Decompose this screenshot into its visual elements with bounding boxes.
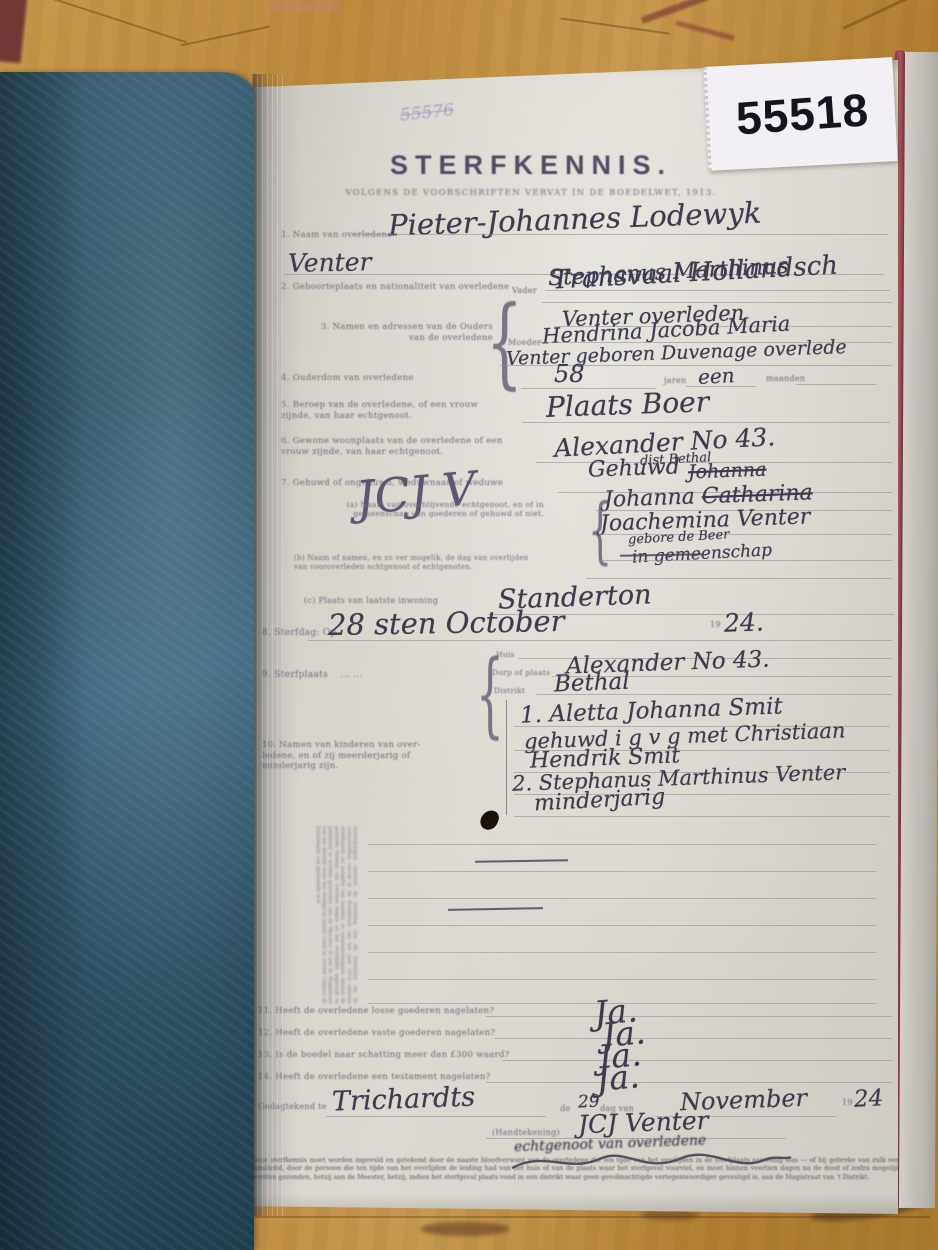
field-label-woonplaats: 6. Gewone woonplaats van de overledene o… xyxy=(281,436,503,457)
blank-rule xyxy=(368,952,876,953)
rule-line xyxy=(796,384,876,385)
red-scuff xyxy=(641,0,709,24)
vraag-14-answer: Ja. xyxy=(594,1056,641,1099)
ink-blot xyxy=(478,808,501,833)
handtekening-label: (Handtekening) xyxy=(492,1128,560,1138)
vader-label: Vader xyxy=(512,286,537,296)
wood-scratch xyxy=(181,26,269,47)
blank-rule xyxy=(368,844,876,845)
pencil-archive-number: 55576 xyxy=(399,100,455,126)
maroon-book-corner xyxy=(0,0,27,63)
dagtekening-year-prefix: 19 xyxy=(842,1098,853,1108)
rule-line xyxy=(486,1082,892,1083)
maanden-label: maanden xyxy=(766,374,805,384)
rule-line xyxy=(308,640,892,641)
dorp-label: Dorp of plaats xyxy=(492,668,550,677)
woonplaats-label-2: vrouw zijnde, van haar echtgenoot. xyxy=(281,447,443,457)
vraag-14-label: 14. Heeft de overledene een testament na… xyxy=(258,1072,490,1083)
kinderen-bracket xyxy=(506,700,507,815)
field-label-ouderdom: 4. Ouderdom van overledene xyxy=(281,373,414,384)
dagtekening-place: Trichardts xyxy=(332,1082,476,1118)
huis-label: Huis xyxy=(496,650,515,659)
rule-line xyxy=(494,1038,892,1039)
huwelijksstaat-value: Gehuwd xyxy=(588,454,681,482)
blank-rule xyxy=(368,898,876,899)
ouderdom-jaren-value: 58 xyxy=(554,360,585,388)
naam-value-line1: Pieter-Johannes Lodewyk xyxy=(388,195,762,242)
rule-line xyxy=(545,290,890,291)
field-label-naam: 1. Naam van overledene xyxy=(281,230,393,241)
beroep-value: Plaats Boer xyxy=(545,385,709,424)
field-label-echtgenoot: (a) Naam van overblijvende echtgenoot, e… xyxy=(298,500,544,519)
field-label-geboorteplaats: 2. Geboorteplaats en nationaliteit van o… xyxy=(281,282,509,293)
dagtekening-year: 24 xyxy=(853,1085,884,1112)
sterfkennis-form-page: 55576 STERFKENNIS. VOLGENS DE VOORSCHRIF… xyxy=(236,58,898,1216)
blank-rule xyxy=(368,979,876,980)
book-gutter-shadow xyxy=(252,74,286,1216)
rotated-instructions-text: Aanwijzingen omtrent de invulling van di… xyxy=(280,826,358,1004)
sterfdag-year-value: 24. xyxy=(724,607,765,637)
sterfplaats-dots: ... ... xyxy=(341,670,363,680)
vooroverleden-label-2: van vooroverleden echtgenoot of echtgeno… xyxy=(294,563,473,571)
form-title: STERFKENNIS. xyxy=(316,150,746,181)
beroep-label-2: zijnde, van haar echtgenoot. xyxy=(281,411,412,421)
wood-scratch xyxy=(843,0,908,30)
vraag-13-label: 13. Is de boedel naar schatting meer dan… xyxy=(258,1050,509,1061)
sterfdag-year-prefix: 19 xyxy=(710,620,721,630)
beroep-label-1: 5. Beroep van de overledene, of een vrou… xyxy=(281,400,478,410)
rule-line xyxy=(586,578,892,579)
photograph-of-death-notice: 55576 STERFKENNIS. VOLGENS DE VOORSCHRIF… xyxy=(0,0,938,1250)
field-label-kinderen: 10. Namen van kinderen van over- ledene,… xyxy=(262,740,452,772)
archive-label-number: 55518 xyxy=(734,82,870,145)
rule-line xyxy=(352,234,888,235)
pen-dash xyxy=(475,859,568,863)
rule-line xyxy=(486,1016,892,1017)
echtgenoot-label-2: gemeenschap van goederen of gehuwd of ni… xyxy=(353,509,544,518)
woonplaats-label-1: 6. Gewone woonplaats van de overledene o… xyxy=(281,436,503,446)
field-label-beroep: 5. Beroep van de overledene, of een vrou… xyxy=(281,400,478,421)
red-scuff xyxy=(270,2,340,11)
red-scuff xyxy=(675,20,734,40)
blank-rule xyxy=(368,925,876,926)
wood-scratch xyxy=(43,0,186,43)
archive-label: 55518 xyxy=(703,57,897,171)
ouders-label-2: van de overledene xyxy=(409,333,493,343)
field-label-ouders: 3. Namen en adressen van de Ouders van d… xyxy=(281,322,493,343)
ouders-label-1: 3. Namen en adressen van de Ouders xyxy=(321,322,493,332)
blank-rule xyxy=(368,871,876,872)
rule-line xyxy=(326,1116,546,1117)
pen-dash xyxy=(448,907,543,911)
field-label-vooroverleden: (b) Naam of namen, en zo ver mogelik, de… xyxy=(294,554,528,572)
sterfdag-value: 28 sten October xyxy=(328,604,565,642)
wood-knot xyxy=(640,1210,700,1220)
vraag-11-label: 11. Heeft de overledene losse goederen n… xyxy=(258,1006,494,1017)
distrikt-label: Distrikt xyxy=(494,686,525,695)
huwelijksstaat-struck-word: Johanna xyxy=(688,459,767,484)
jaren-label: jaren xyxy=(664,376,686,386)
wood-knot xyxy=(420,1222,510,1236)
field-label-laatste-inwoning: (c) Plaats van laatste inwoning xyxy=(304,596,438,606)
rule-line xyxy=(522,422,890,423)
rule-line xyxy=(598,560,892,561)
vraag-12-label: 12. Heeft de overledene vaste goederen n… xyxy=(258,1028,495,1039)
dagtekening-de: de xyxy=(560,1104,570,1114)
fine-print-instructions: Deze sterfkennis moet worden ingevuld en… xyxy=(252,1156,900,1181)
blue-book-cover xyxy=(0,72,254,1250)
form-subtitle: VOLGENS DE VOORSCHRIFTEN VERVAT IN DE BO… xyxy=(296,188,766,198)
vooroverleden-label-1: (b) Naam of namen, en zo ver mogelik, de… xyxy=(294,554,528,562)
rule-line xyxy=(514,816,890,817)
echtgenoot-label-1: (a) Naam van overblijvende echtgenoot, e… xyxy=(347,500,544,509)
rule-line xyxy=(502,1060,892,1061)
